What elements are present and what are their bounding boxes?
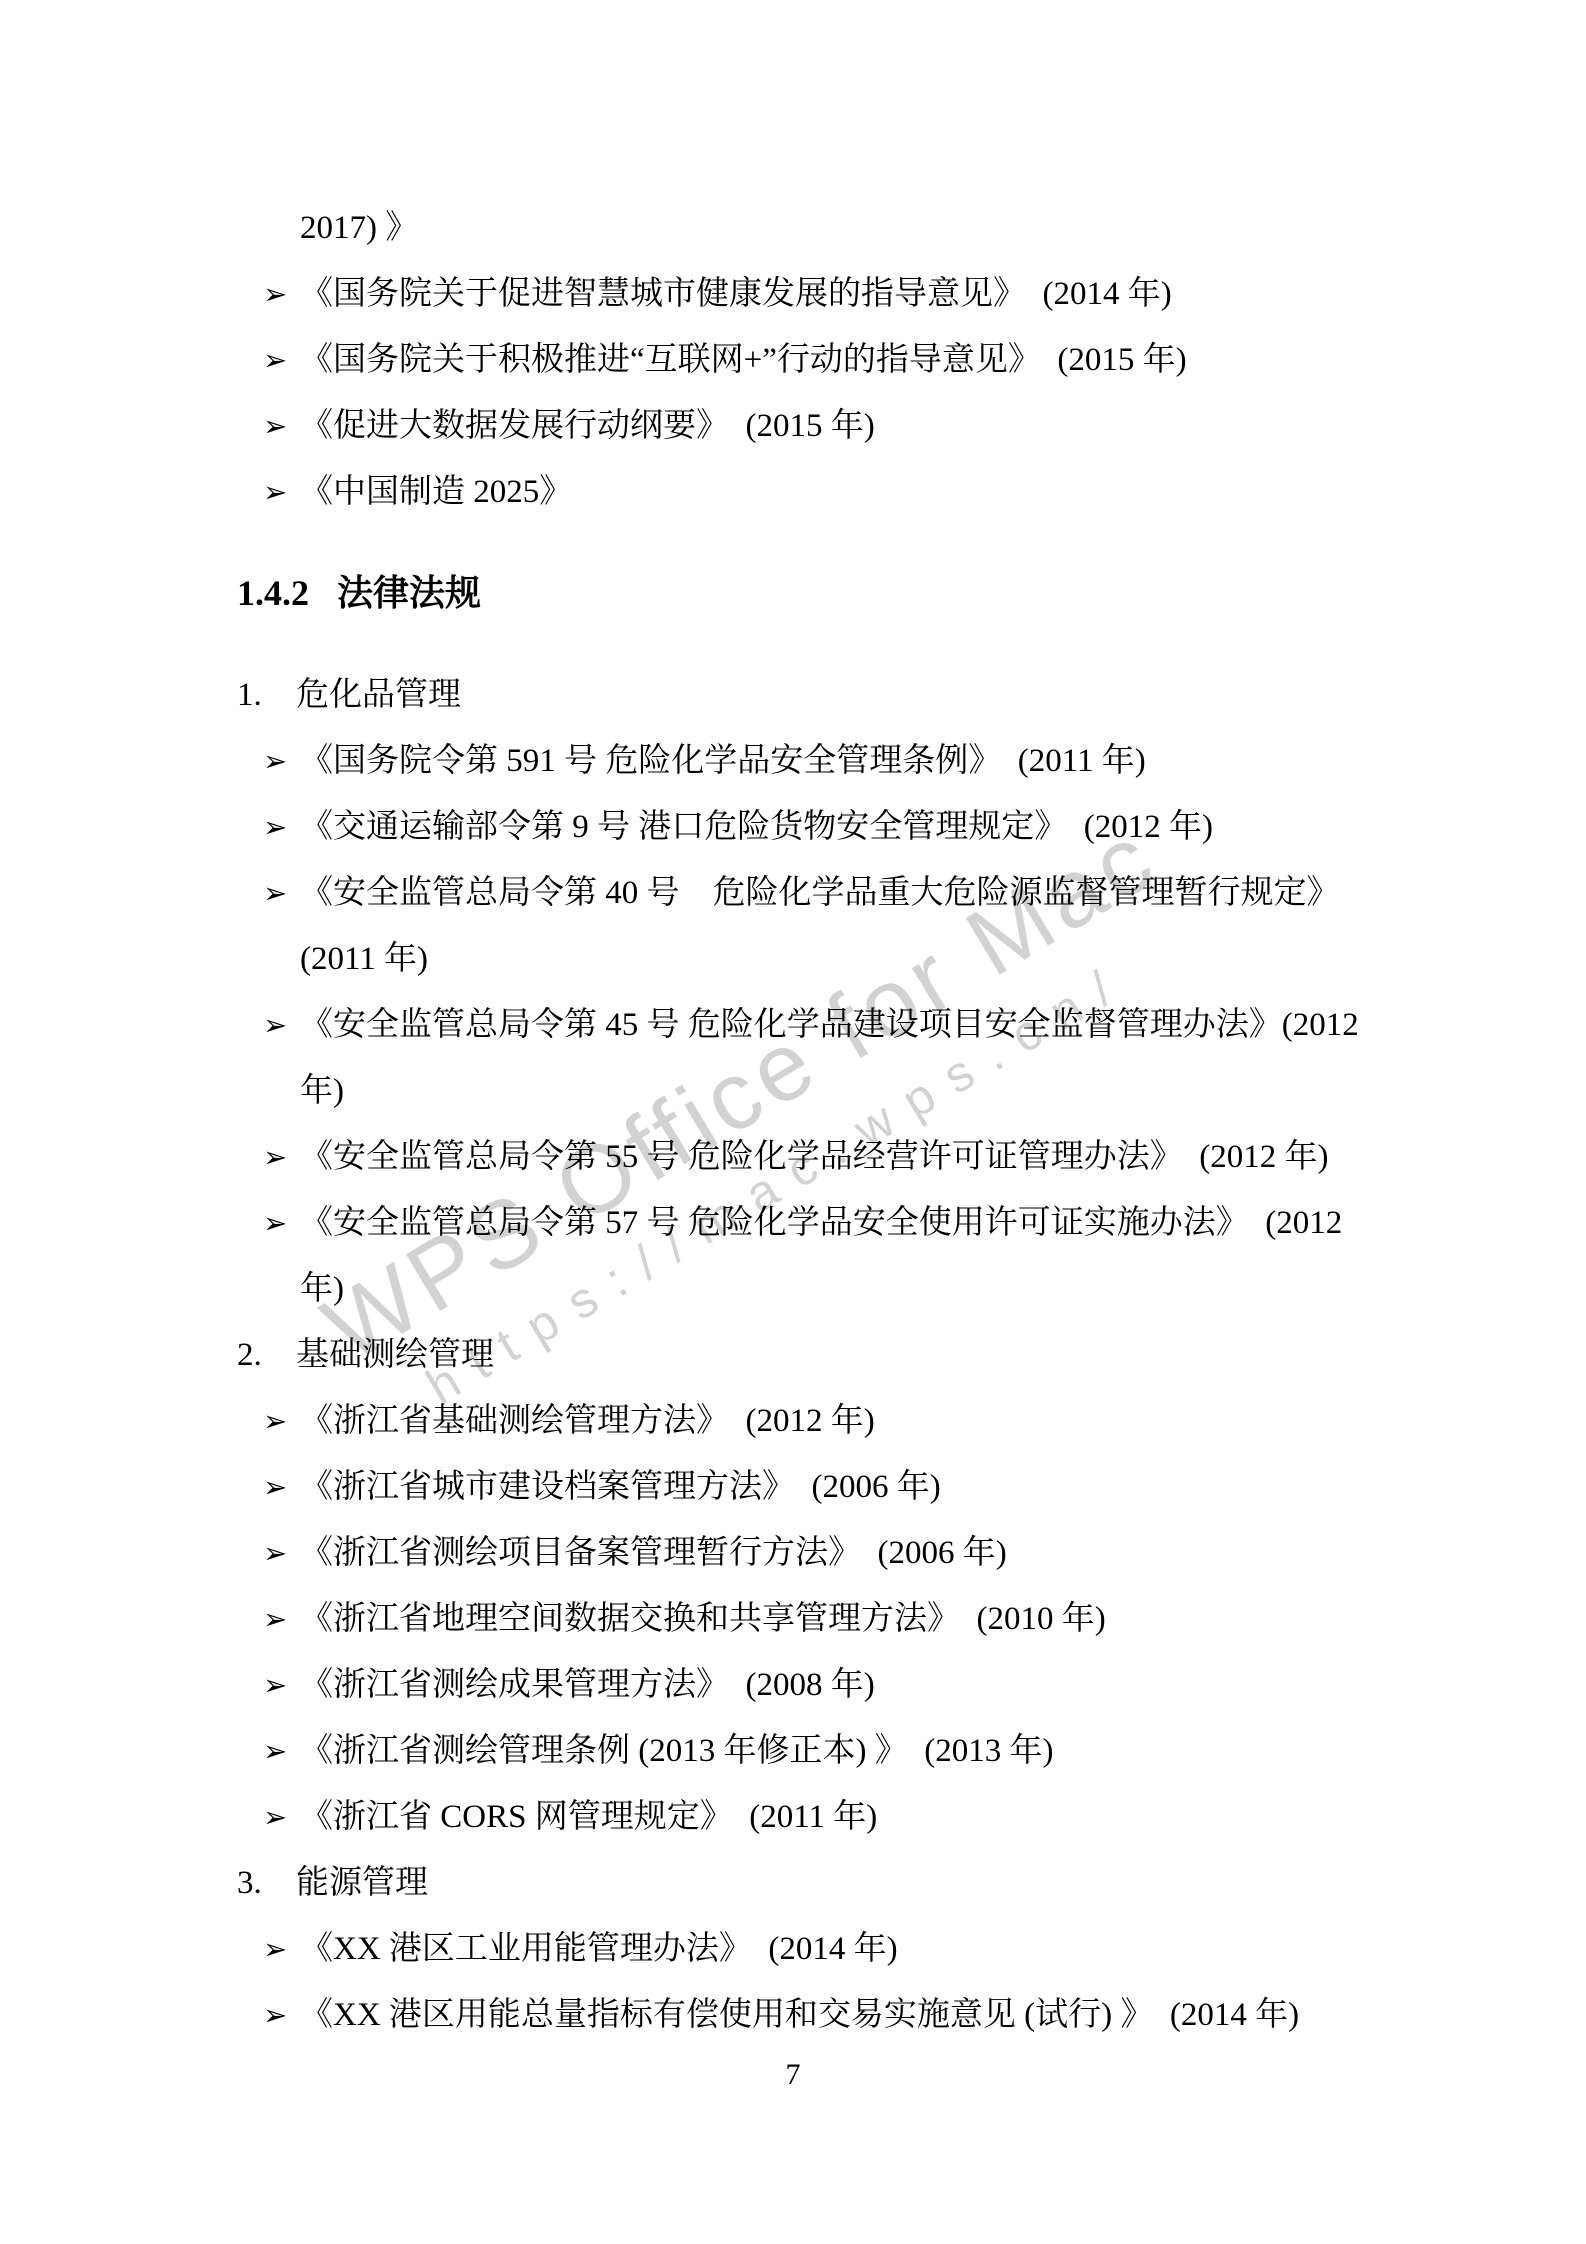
item-text: 能源管理 — [296, 1865, 428, 1901]
bullet-item: ➢《浙江省城市建设档案管理方法》 (2006 年) — [237, 1454, 1406, 1520]
bullet-line: 《促进大数据发展行动纲要》 (2015 年) — [300, 393, 1406, 459]
bullet-line: 《浙江省基础测绘管理方法》 (2012 年) — [300, 1388, 1406, 1454]
item-number: 2. — [237, 1322, 296, 1388]
item-number: 3. — [237, 1850, 296, 1916]
bullet-arrow-icon: ➢ — [263, 327, 287, 393]
page-number: 7 — [0, 2053, 1586, 2097]
bullet-line: 年) — [300, 1256, 1406, 1322]
item-text: 基础测绘管理 — [296, 1337, 494, 1373]
bullet-arrow-icon: ➢ — [263, 1982, 287, 2048]
bullet-arrow-icon: ➢ — [263, 794, 287, 860]
bullet-arrow-icon: ➢ — [263, 1388, 287, 1454]
bullet-arrow-icon: ➢ — [263, 1454, 287, 1520]
bullet-line: 《国务院令第 591 号 危险化学品安全管理条例》 (2011 年) — [300, 728, 1406, 794]
bullet-line: 《安全监管总局令第 45 号 危险化学品建设项目安全监督管理办法》(2012 — [300, 992, 1406, 1058]
bullet-item: ➢《安全监管总局令第 57 号 危险化学品安全使用许可证实施办法》 (2012年… — [237, 1190, 1406, 1322]
bullet-arrow-icon: ➢ — [263, 1190, 287, 1256]
bullet-arrow-icon: ➢ — [263, 459, 287, 525]
bullet-item: ➢《浙江省测绘管理条例 (2013 年修正本) 》 (2013 年) — [237, 1718, 1406, 1784]
bullet-arrow-icon: ➢ — [263, 728, 287, 794]
bullet-arrow-icon: ➢ — [263, 1586, 287, 1652]
bullet-line: 《浙江省测绘管理条例 (2013 年修正本) 》 (2013 年) — [300, 1718, 1406, 1784]
bullet-line: 《安全监管总局令第 57 号 危险化学品安全使用许可证实施办法》 (2012 — [300, 1190, 1406, 1256]
bullet-line: 《XX 港区用能总量指标有偿使用和交易实施意见 (试行) 》 (2014 年) — [300, 1982, 1406, 2048]
bullet-line: (2011 年) — [300, 926, 1406, 992]
heading-number: 1.4.2 — [237, 560, 337, 626]
bullet-arrow-icon: ➢ — [263, 1916, 287, 1982]
numbered-item: 1.危化品管理 — [237, 662, 1406, 728]
bullet-item: ➢《国务院令第 591 号 危险化学品安全管理条例》 (2011 年) — [237, 728, 1406, 794]
bullet-item: ➢《浙江省 CORS 网管理规定》 (2011 年) — [237, 1784, 1406, 1850]
bullet-arrow-icon: ➢ — [263, 261, 287, 327]
bullet-line: 《浙江省测绘项目备案管理暂行方法》 (2006 年) — [300, 1520, 1406, 1586]
bullet-item: ➢《浙江省测绘成果管理方法》 (2008 年) — [237, 1652, 1406, 1718]
bullet-item: ➢《浙江省测绘项目备案管理暂行方法》 (2006 年) — [237, 1520, 1406, 1586]
document-page: WPS Office for Mac https://mac.wps.cn/ 2… — [0, 0, 1586, 2244]
bullet-item: ➢《XX 港区工业用能管理办法》 (2014 年) — [237, 1916, 1406, 1982]
bullet-line: 《安全监管总局令第 55 号 危险化学品经营许可证管理办法》 (2012 年) — [300, 1124, 1406, 1190]
bullet-item: ➢《交通运输部令第 9 号 港口危险货物安全管理规定》 (2012 年) — [237, 794, 1406, 860]
bullet-arrow-icon: ➢ — [263, 1124, 287, 1190]
numbered-item: 2.基础测绘管理 — [237, 1322, 1406, 1388]
bullet-item: ➢《安全监管总局令第 40 号 危险化学品重大危险源监督管理暂行规定》(2011… — [237, 860, 1406, 992]
bullet-line: 《XX 港区工业用能管理办法》 (2014 年) — [300, 1916, 1406, 1982]
bullet-arrow-icon: ➢ — [263, 860, 287, 926]
bullet-arrow-icon: ➢ — [263, 393, 287, 459]
bullet-arrow-icon: ➢ — [263, 1652, 287, 1718]
heading-text: 法律法规 — [337, 573, 481, 613]
bullet-line: 年) — [300, 1058, 1406, 1124]
bullet-arrow-icon: ➢ — [263, 1520, 287, 1586]
numbered-item: 3.能源管理 — [237, 1850, 1406, 1916]
bullet-arrow-icon: ➢ — [263, 992, 287, 1058]
bullet-item: ➢《国务院关于促进智慧城市健康发展的指导意见》 (2014 年) — [237, 261, 1406, 327]
bullet-line: 《交通运输部令第 9 号 港口危险货物安全管理规定》 (2012 年) — [300, 794, 1406, 860]
continuation-line: 2017) 》 — [237, 195, 1406, 261]
item-text: 危化品管理 — [296, 677, 461, 713]
bullet-item: ➢《浙江省地理空间数据交换和共享管理方法》 (2010 年) — [237, 1586, 1406, 1652]
bullet-line: 《浙江省城市建设档案管理方法》 (2006 年) — [300, 1454, 1406, 1520]
bullet-arrow-icon: ➢ — [263, 1718, 287, 1784]
bullet-line: 《中国制造 2025》 — [300, 459, 1406, 525]
bullet-item: ➢《浙江省基础测绘管理方法》 (2012 年) — [237, 1388, 1406, 1454]
item-number: 1. — [237, 662, 296, 728]
bullet-item: ➢《安全监管总局令第 45 号 危险化学品建设项目安全监督管理办法》(2012年… — [237, 992, 1406, 1124]
bullet-line: 《浙江省地理空间数据交换和共享管理方法》 (2010 年) — [300, 1586, 1406, 1652]
bullet-line: 《安全监管总局令第 40 号 危险化学品重大危险源监督管理暂行规定》 — [300, 860, 1406, 926]
bullet-line: 《浙江省测绘成果管理方法》 (2008 年) — [300, 1652, 1406, 1718]
section-heading: 1.4.2法律法规 — [237, 560, 1406, 626]
bullet-line: 《国务院关于积极推进“互联网+”行动的指导意见》 (2015 年) — [300, 327, 1406, 393]
document-content: 2017) 》➢《国务院关于促进智慧城市健康发展的指导意见》 (2014 年)➢… — [0, 0, 1586, 2048]
bullet-arrow-icon: ➢ — [263, 1784, 287, 1850]
bullet-item: ➢《国务院关于积极推进“互联网+”行动的指导意见》 (2015 年) — [237, 327, 1406, 393]
bullet-item: ➢《安全监管总局令第 55 号 危险化学品经营许可证管理办法》 (2012 年) — [237, 1124, 1406, 1190]
bullet-item: ➢《XX 港区用能总量指标有偿使用和交易实施意见 (试行) 》 (2014 年) — [237, 1982, 1406, 2048]
bullet-line: 《国务院关于促进智慧城市健康发展的指导意见》 (2014 年) — [300, 261, 1406, 327]
bullet-item: ➢《中国制造 2025》 — [237, 459, 1406, 525]
bullet-line: 《浙江省 CORS 网管理规定》 (2011 年) — [300, 1784, 1406, 1850]
bullet-item: ➢《促进大数据发展行动纲要》 (2015 年) — [237, 393, 1406, 459]
